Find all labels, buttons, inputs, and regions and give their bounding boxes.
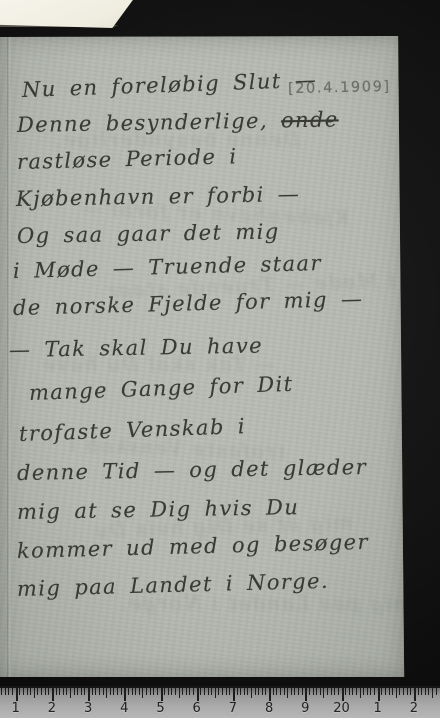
measuring-ruler: 1234567892012 (0, 686, 440, 718)
ruler-mm-tick (37, 688, 38, 695)
ruler-mm-tick (258, 688, 259, 695)
ruler-number: 7 (222, 701, 244, 716)
ruler-mm-tick (59, 688, 60, 695)
ruler-mm-tick (352, 688, 353, 695)
ruler-mm-tick (403, 688, 404, 695)
ruler-cm-tick (342, 688, 344, 701)
ruler-mm-tick (363, 688, 364, 695)
ruler-mm-tick (338, 688, 339, 695)
ruler-mm-tick (294, 688, 295, 695)
ruler-mm-tick (12, 688, 13, 695)
white-paper-corner (0, 0, 137, 28)
ruler-cm-tick (88, 688, 90, 701)
ruler-mm-tick (70, 688, 71, 698)
ruler-mm-tick (117, 688, 118, 695)
ruler-mm-tick (200, 688, 201, 695)
ruler-cm-tick (378, 688, 380, 701)
ruler-mm-tick (30, 688, 31, 695)
ruler-mm-tick (5, 688, 6, 695)
ruler-cm-tick (305, 688, 307, 701)
ruler-mm-tick (95, 688, 96, 695)
ruler-mm-tick (34, 688, 35, 698)
ruler-mm-tick (63, 688, 64, 695)
handwriting-line: — Tak skal Du have (9, 334, 263, 362)
ruler-mm-tick (135, 688, 136, 695)
ruler-mm-tick (48, 688, 49, 695)
ruler-mm-tick (410, 688, 411, 695)
ruler-mm-tick (262, 688, 263, 695)
ruler-mm-tick (327, 688, 328, 695)
ruler-mm-tick (142, 688, 143, 698)
ruler-mm-tick (385, 688, 386, 695)
ruler-mm-tick (146, 688, 147, 695)
ruler-cm-tick (52, 688, 54, 701)
ruler-mm-tick (302, 688, 303, 695)
ruler-cm-tick (16, 688, 18, 701)
ruler-mm-tick (370, 688, 371, 695)
ruler-cm-tick (414, 688, 416, 701)
ruler-mm-tick (323, 688, 324, 698)
ruler-mm-tick (186, 688, 187, 695)
ruler-mm-tick (334, 688, 335, 695)
ruler-mm-tick (218, 688, 219, 695)
ruler-mm-tick (284, 688, 285, 695)
ruler-mm-tick (103, 688, 104, 695)
ruler-mm-tick (356, 688, 357, 695)
ruler-mm-tick (320, 688, 321, 695)
ruler-mm-tick (276, 688, 277, 695)
ruler-mm-tick (56, 688, 57, 695)
ruler-mm-tick (425, 688, 426, 695)
ruler-mm-tick (222, 688, 223, 695)
ruler-number: 9 (294, 701, 316, 716)
ruler-mm-tick (113, 688, 114, 695)
ruler-mm-tick (432, 688, 433, 698)
ruler-mm-tick (45, 688, 46, 695)
ruler-mm-tick (66, 688, 67, 695)
ruler-mm-tick (168, 688, 169, 695)
ruler-mm-tick (8, 688, 9, 695)
ruler-mm-tick (139, 688, 140, 695)
ruler-mm-tick (157, 688, 158, 695)
ruler-mm-tick (84, 688, 85, 695)
ruler-mm-tick (226, 688, 227, 695)
ruler-mm-tick (349, 688, 350, 695)
ruler-mm-tick (389, 688, 390, 695)
ruler-mm-tick (215, 688, 216, 698)
ruler-mm-tick (27, 688, 28, 695)
ruler-mm-tick (153, 688, 154, 695)
ruler-mm-tick (74, 688, 75, 695)
photograph-of-letter: Denne besynderlige,Kjøbenhavn er forbi —… (0, 0, 440, 718)
ruler-cm-tick (124, 688, 126, 701)
ruler-mm-tick (208, 688, 209, 695)
ruler-mm-tick (367, 688, 368, 695)
handwriting-line: Og saa gaar det mig (17, 219, 280, 248)
ruler-mm-tick (164, 688, 165, 695)
ruler-mm-tick (193, 688, 194, 695)
ruler-mm-tick (331, 688, 332, 695)
ruler-mm-tick (291, 688, 292, 695)
ruler-number: 2 (403, 701, 425, 716)
ruler-mm-tick (265, 688, 266, 695)
ruler-mm-tick (132, 688, 133, 695)
ruler-number: 4 (113, 701, 135, 716)
ruler-number: 20 (331, 701, 353, 716)
ruler-mm-tick (392, 688, 393, 695)
ruler-mm-tick (280, 688, 281, 695)
ruler-mm-tick (287, 688, 288, 698)
ruler-mm-tick (251, 688, 252, 698)
ruler-mm-tick (273, 688, 274, 695)
ruler-mm-tick (255, 688, 256, 695)
ruler-number: 8 (258, 701, 280, 716)
ruler-cm-tick (161, 688, 163, 701)
ruler-mm-tick (428, 688, 429, 695)
ruler-mm-tick (128, 688, 129, 695)
ruler-mm-tick (77, 688, 78, 695)
ruler-mm-tick (436, 688, 437, 695)
ruler-mm-tick (110, 688, 111, 695)
ruler-mm-tick (23, 688, 24, 695)
ruler-mm-tick (240, 688, 241, 695)
ruler-mm-tick (298, 688, 299, 695)
ruler-mm-tick (121, 688, 122, 695)
handwriting-line: Kjøbenhavn er forbi — (16, 182, 301, 211)
letter-page: Denne besynderlige,Kjøbenhavn er forbi —… (0, 36, 405, 677)
ruler-mm-tick (396, 688, 397, 698)
ruler-mm-tick (211, 688, 212, 695)
struck-out-word: onde (281, 107, 339, 132)
ruler-mm-tick (360, 688, 361, 698)
ruler-mm-tick (421, 688, 422, 695)
ruler-mm-tick (106, 688, 107, 698)
ruler-mm-tick (237, 688, 238, 695)
ruler-mm-tick (1, 688, 2, 695)
ruler-mm-tick (179, 688, 180, 698)
ruler-number: 3 (77, 701, 99, 716)
ruler-mm-tick (316, 688, 317, 695)
ruler-cm-tick (269, 688, 271, 701)
ruler-mm-tick (92, 688, 93, 695)
ruler-cm-tick (197, 688, 199, 701)
ruler-number: 6 (186, 701, 208, 716)
handwriting-line: mig at se Dig hvis Du (17, 495, 300, 524)
ruler-mm-tick (150, 688, 151, 695)
ruler-mm-tick (244, 688, 245, 695)
ruler-mm-tick (418, 688, 419, 695)
ruler-mm-tick (19, 688, 20, 695)
ruler-mm-tick (175, 688, 176, 695)
ruler-mm-tick (99, 688, 100, 695)
ruler-mm-tick (381, 688, 382, 695)
ruler-number: 1 (367, 701, 389, 716)
ruler-mm-tick (171, 688, 172, 695)
ruler-cm-tick (233, 688, 235, 701)
ruler-number: 1 (5, 701, 27, 716)
ruler-mm-tick (204, 688, 205, 695)
ruler-mm-tick (407, 688, 408, 695)
ruler-mm-tick (313, 688, 314, 695)
ruler-number: 5 (150, 701, 172, 716)
ruler-mm-tick (189, 688, 190, 695)
ruler-mm-tick (41, 688, 42, 695)
ruler-mm-tick (182, 688, 183, 695)
ruler-mm-tick (399, 688, 400, 695)
ruler-number: 2 (41, 701, 63, 716)
ruler-mm-tick (229, 688, 230, 695)
ruler-mm-tick (345, 688, 346, 695)
ruler-mm-tick (374, 688, 375, 695)
ruler-mm-tick (247, 688, 248, 695)
ruler-mm-tick (309, 688, 310, 695)
ruler-mm-tick (81, 688, 82, 695)
